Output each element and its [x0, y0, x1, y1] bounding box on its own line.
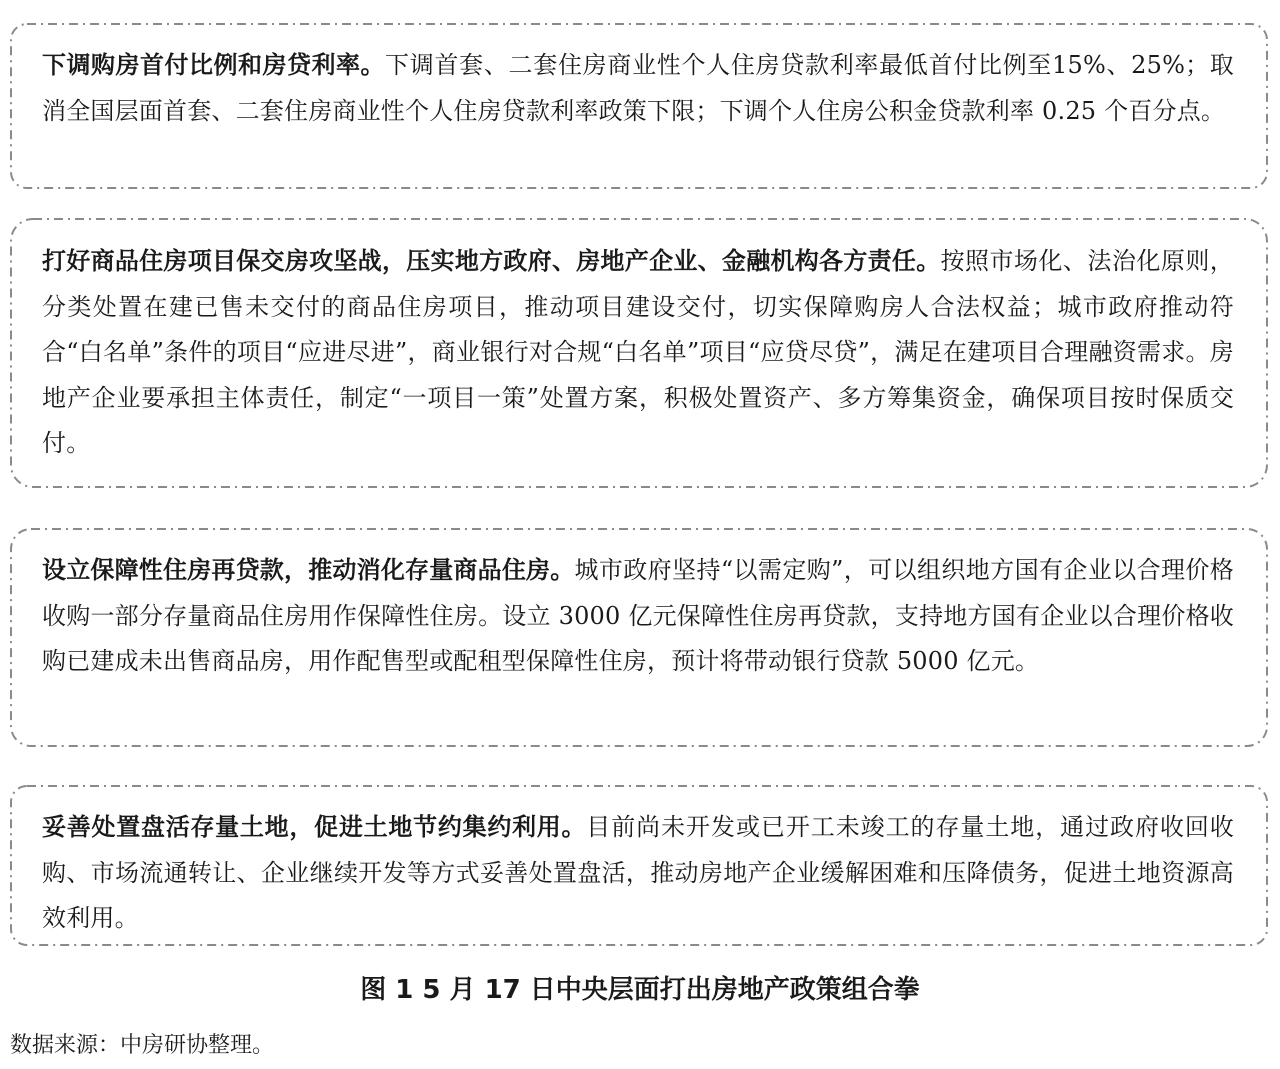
policy-text: 妥善处置盘活存量土地，促进土地节约集约利用。目前尚未开发或已开工未竣工的存量土地… [42, 805, 1234, 942]
figure-caption: 图 1 5 月 17 日中央层面打出房地产政策组合拳 [0, 970, 1280, 1010]
data-source-note: 数据来源：中房研协整理。 [10, 1028, 274, 1064]
policy-heading: 打好商品住房项目保交房攻坚战，压实地方政府、房地产企业、金融机构各方责任。 [42, 247, 940, 275]
policy-text: 打好商品住房项目保交房攻坚战，压实地方政府、房地产企业、金融机构各方责任。按照市… [42, 239, 1234, 467]
policy-heading: 妥善处置盘活存量土地，促进土地节约集约利用。 [42, 813, 586, 841]
policy-heading: 下调购房首付比例和房贷利率。 [42, 51, 385, 79]
policy-box-relending: 设立保障性住房再贷款，推动消化存量商品住房。城市政府坚持“以需定购”，可以组织地… [10, 528, 1268, 747]
policy-body: 按照市场化、法治化原则，分类处置在建已售未交付的商品住房项目，推动项目建设交付，… [42, 247, 1234, 457]
policy-text: 设立保障性住房再贷款，推动消化存量商品住房。城市政府坚持“以需定购”，可以组织地… [42, 548, 1234, 685]
policy-box-housing-delivery: 打好商品住房项目保交房攻坚战，压实地方政府、房地产企业、金融机构各方责任。按照市… [10, 218, 1268, 488]
policy-text: 下调购房首付比例和房贷利率。下调首套、二套住房商业性个人住房贷款利率最低首付比例… [42, 43, 1234, 134]
policy-box-land: 妥善处置盘活存量土地，促进土地节约集约利用。目前尚未开发或已开工未竣工的存量土地… [10, 785, 1268, 946]
policy-box-down-payment: 下调购房首付比例和房贷利率。下调首套、二套住房商业性个人住房贷款利率最低首付比例… [10, 23, 1268, 189]
policy-heading: 设立保障性住房再贷款，推动消化存量商品住房。 [42, 556, 574, 584]
